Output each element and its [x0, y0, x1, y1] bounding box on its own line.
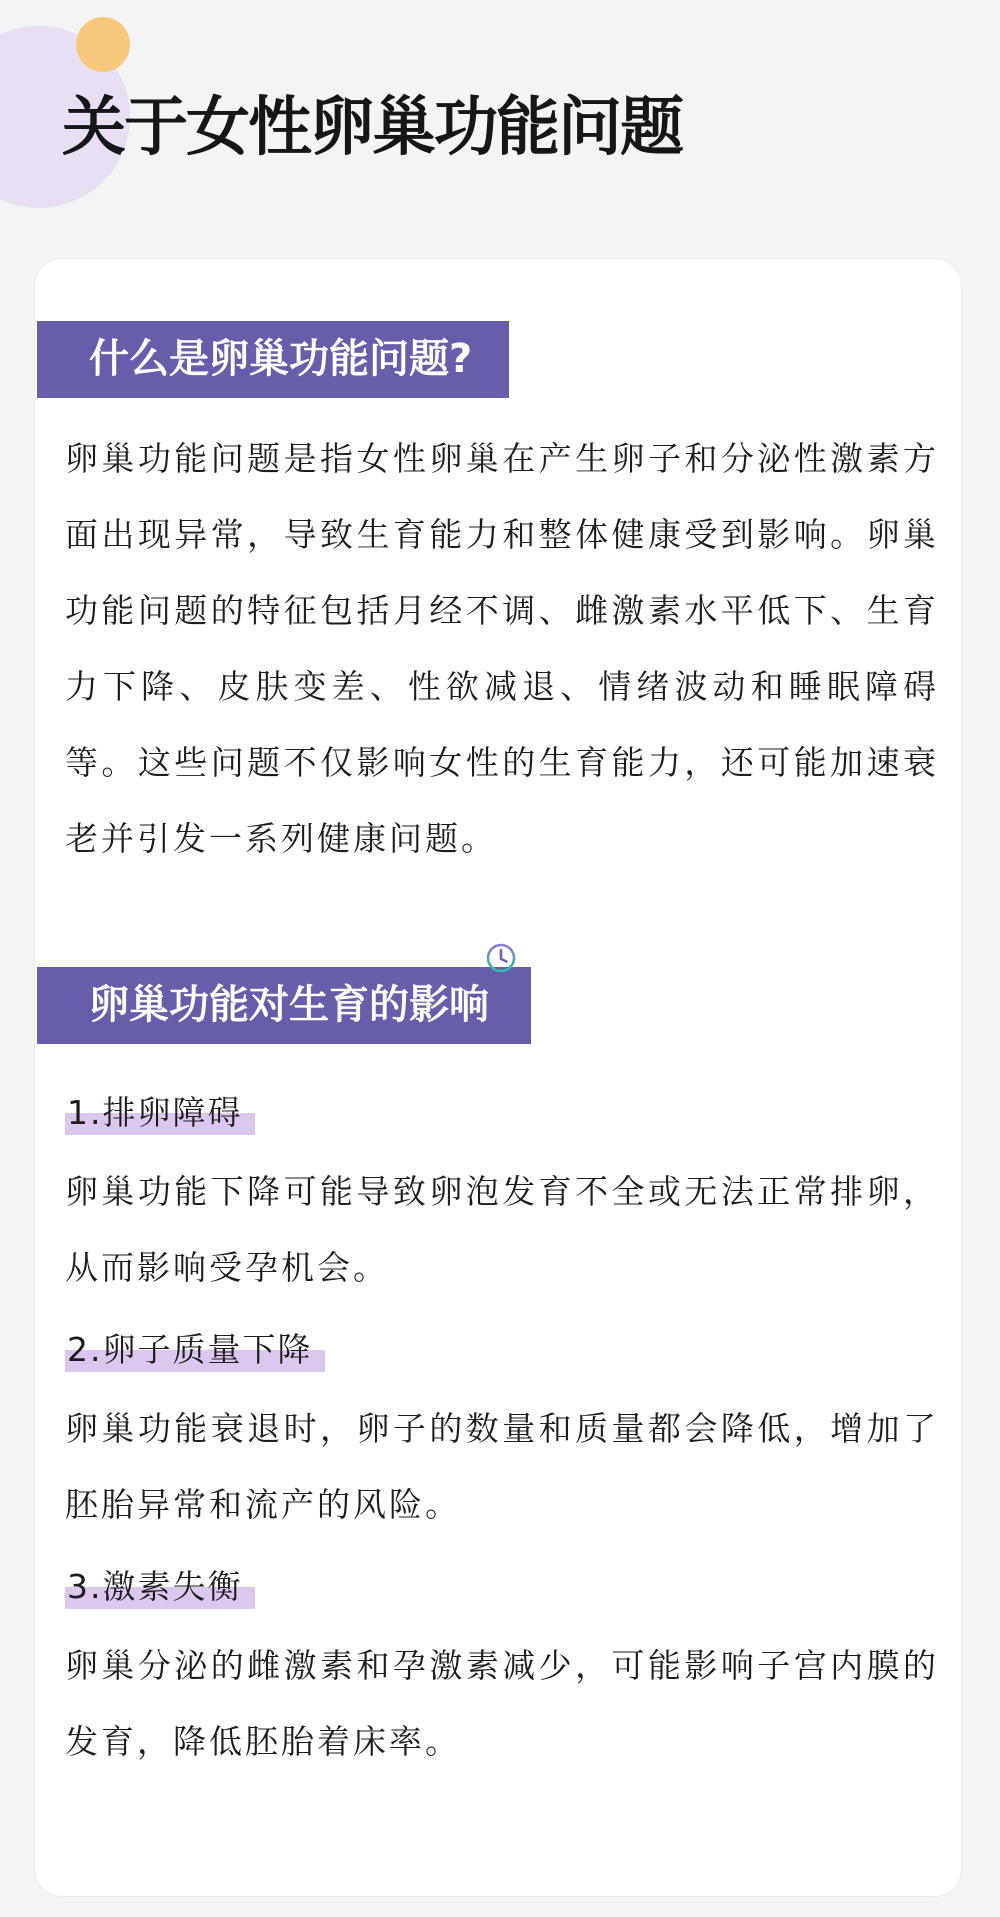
item-heading-highlight: 1.排卵障碍	[65, 1093, 255, 1135]
item-heading-highlight: 3.激素失衡	[65, 1567, 255, 1609]
item-body-ovulation-disorder: 卵巢功能下降可能导致卵泡发育不全或无法正常排卵，从而影响受孕机会。	[65, 1154, 939, 1306]
content-card: 什么是卵巢功能问题? 卵巢功能问题是指女性卵巢在产生卵子和分泌性激素方面出现异常…	[34, 258, 962, 1897]
item-body-hormone-imbalance: 卵巢分泌的雌激素和孕激素减少，可能影响子宫内膜的发育，降低胚胎着床率。	[65, 1628, 939, 1780]
item-heading-hormone-imbalance: 3.激素失衡	[65, 1565, 255, 1609]
item-heading-ovulation-disorder: 1.排卵障碍	[65, 1091, 255, 1135]
page-title: 关于女性卵巢功能问题	[62, 76, 682, 168]
section-badge-fertility-impact: 卵巢功能对生育的影响	[37, 967, 531, 1044]
orange-circle-decoration	[76, 17, 130, 72]
intro-paragraph: 卵巢功能问题是指女性卵巢在产生卵子和分泌性激素方面出现异常，导致生育能力和整体健…	[65, 421, 939, 877]
item-body-egg-quality: 卵巢功能衰退时，卵子的数量和质量都会降低，增加了胚胎异常和流产的风险。	[65, 1391, 939, 1543]
item-heading-egg-quality: 2.卵子质量下降	[65, 1328, 325, 1372]
clock-icon	[485, 942, 517, 974]
item-heading-highlight: 2.卵子质量下降	[65, 1330, 325, 1372]
page: { "colors": { "page_bg": "#f4f3f5", "car…	[0, 0, 1000, 1917]
section-badge-what-is: 什么是卵巢功能问题?	[37, 321, 509, 398]
